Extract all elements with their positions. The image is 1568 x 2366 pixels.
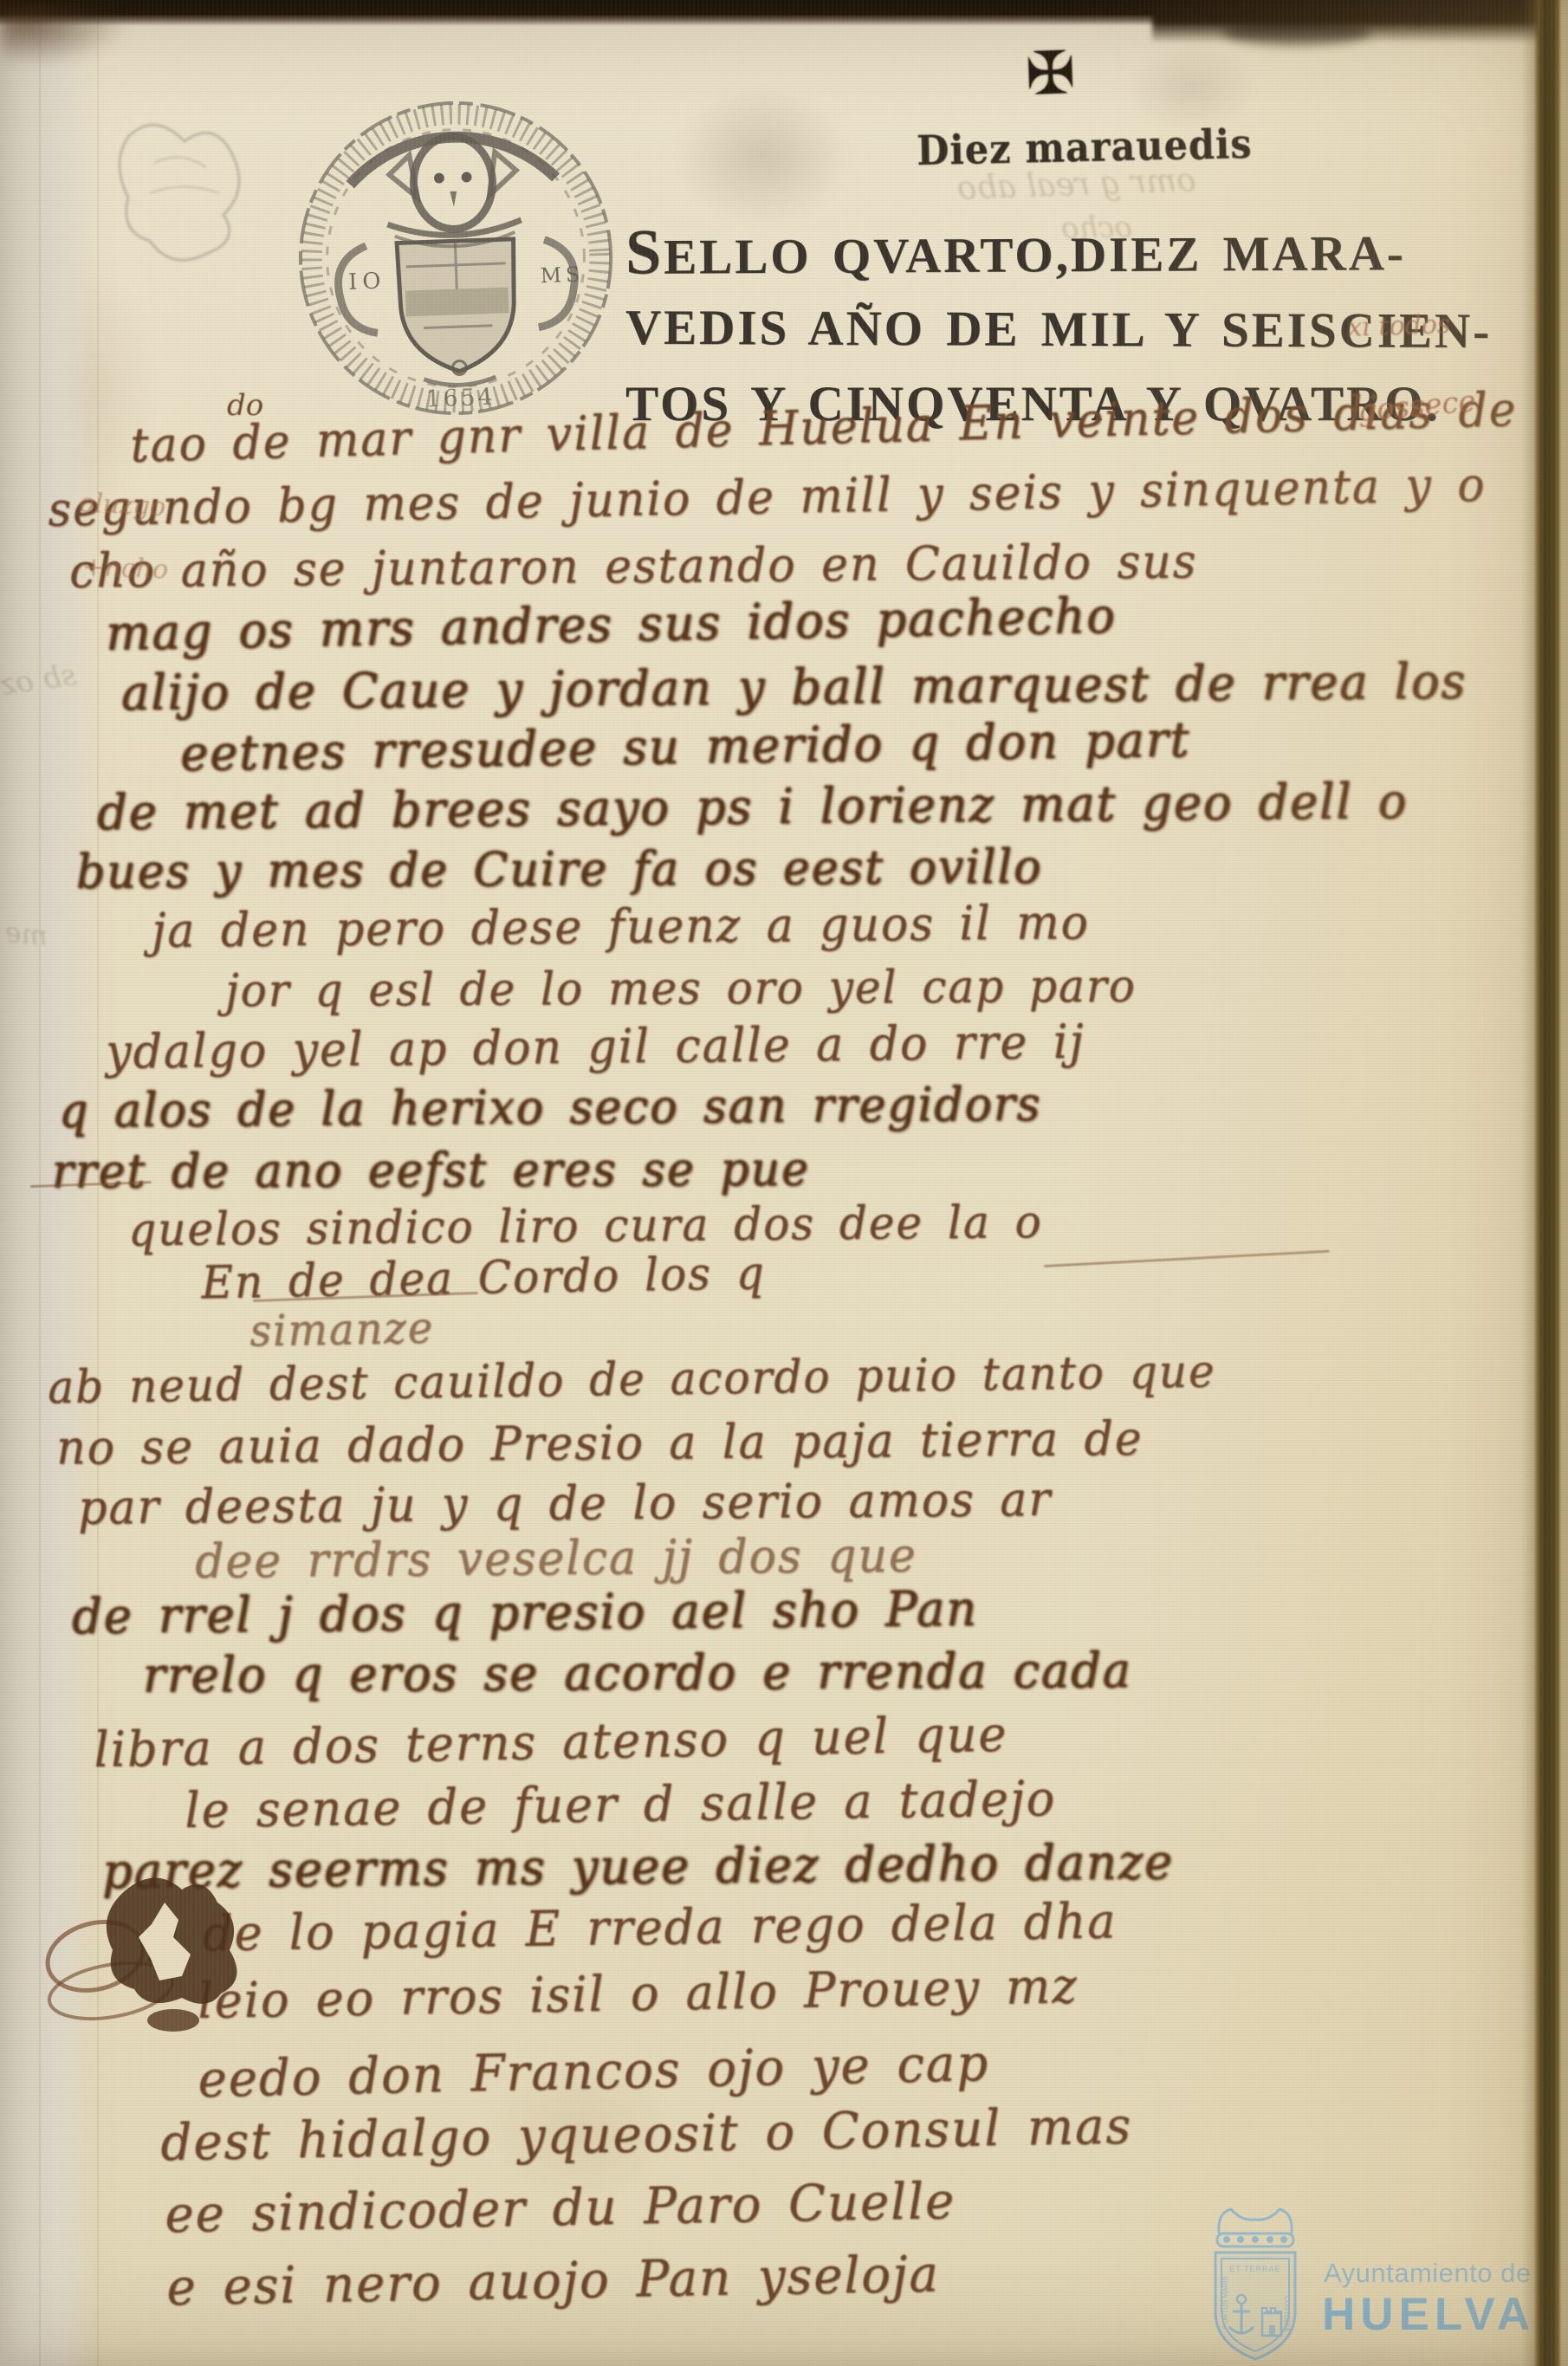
paper-stain bbox=[676, 87, 849, 225]
handwritten-line: bues y mes de Cuire fa os eest ovillo bbox=[76, 844, 1043, 896]
scan-edge-blotch bbox=[1223, 19, 1370, 45]
handwritten-line: no se auia dado Presio a la paja tierra … bbox=[56, 1416, 1144, 1472]
handwritten-line: q alos de la herixo seco san rregidors bbox=[59, 1081, 1042, 1135]
handwritten-line: mag os mrs andres sus idos pachecho bbox=[106, 592, 1117, 658]
handwritten-line: alijo de Caue y jordan y ball marquest d… bbox=[121, 657, 1467, 717]
margin-note: xi todos bbox=[1347, 312, 1451, 341]
watermark-text-line2: HUELVA bbox=[1322, 2288, 1535, 2341]
drop-initial: S bbox=[625, 217, 664, 288]
handwritten-line: eetnes rresudee su merido q don part bbox=[180, 716, 1191, 778]
handwritten-line: ydalgo yel ap don gil calle a do rre ij bbox=[106, 1019, 1085, 1076]
handwritten-line: En de dea Cordo los q bbox=[201, 1251, 766, 1306]
handwritten-line: rrelo q eros se acordo e rrenda cada bbox=[143, 1646, 1132, 1700]
watermark-motto-right: CUSTODIA bbox=[1283, 2296, 1291, 2332]
page-edge-right bbox=[1521, 0, 1568, 2366]
handwritten-line: dest hidalgo yqueosit o Consul mas bbox=[160, 2101, 1133, 2168]
handwritten-line: quelos sindico liro cura dos dee la o bbox=[128, 1200, 1043, 1253]
handwritten-line: de rrel j dos q presio ael sho Pan bbox=[72, 1585, 978, 1641]
pencil-doodle bbox=[102, 102, 267, 275]
huelva-coat-of-arms: ET TERRAE PORTUS MARIS CUSTODIA bbox=[1207, 2199, 1304, 2366]
binding-crease bbox=[39, 0, 41, 2366]
printed-header-line1: SELLO QVARTO,DIEZ MARA- bbox=[625, 211, 1552, 295]
handwritten-line: leio eo rros isil o allo Prouey mz bbox=[198, 1961, 1079, 2026]
watermark-motto-top: ET TERRAE bbox=[1229, 2265, 1280, 2273]
manuscript-scan: omr g real abo ocho sb oz me IO MS bbox=[0, 0, 1568, 2366]
seal-right-monogram: MS bbox=[540, 263, 584, 288]
margin-note: +ncho bbox=[82, 554, 169, 583]
handwritten-line: eedo don Francos ojo ye cap bbox=[198, 2039, 990, 2105]
handwritten-line: dee rrdrs veselca jj dos que bbox=[195, 1533, 917, 1585]
stamp-caption: Diez marauedis bbox=[916, 121, 1253, 175]
handwritten-line: segundo bg mes de junio de mill y seis y… bbox=[48, 462, 1487, 534]
watermark-motto-left: PORTUS MARIS bbox=[1221, 2276, 1229, 2329]
seal-year: 1654 bbox=[425, 384, 496, 413]
tax-seal-stamp: IO MS 1654 bbox=[286, 89, 626, 426]
printed-header-line1-rest: ELLO QVARTO,DIEZ MARA- bbox=[664, 226, 1406, 284]
handwritten-line: cho año se juntaron estando en Cauildo s… bbox=[69, 539, 1198, 595]
handwritten-line: simanze bbox=[249, 1306, 435, 1353]
handwritten-line: ab neud dest cauildo de acordo puio tant… bbox=[48, 1349, 1216, 1410]
scan-corner-smudge bbox=[0, 5, 130, 66]
watermark-text-line1: Ayuntamiento de bbox=[1324, 2258, 1532, 2289]
paper-stain bbox=[1126, 45, 1256, 132]
pen-flourish bbox=[1044, 1250, 1330, 1267]
handwritten-line: e esi nero auojo Pan yseloja bbox=[166, 2249, 940, 2313]
invocation-cross-icon: ✠ bbox=[1025, 39, 1077, 109]
handwritten-line: le senae de fuer d salle a tadejo bbox=[185, 1774, 1057, 1835]
handwritten-line: ja den pero dese fuenz a guos il mo bbox=[152, 900, 1090, 956]
bleedthrough-text: me bbox=[3, 918, 49, 950]
handwritten-line: libra a dos terns atenso q uel que bbox=[94, 1710, 1008, 1775]
ink-blot bbox=[42, 1851, 306, 2037]
handwritten-line: jor q esl de lo mes oro yel cap paro bbox=[225, 963, 1137, 1014]
handwritten-line: rret de ano eefst eres se pue bbox=[52, 1146, 810, 1196]
handwritten-line: ee sindicoder du Paro Cuelle bbox=[165, 2176, 956, 2240]
seal-left-monogram: IO bbox=[348, 269, 386, 295]
margin-note: oluzgo bbox=[78, 490, 165, 521]
handwritten-line: de met ad brees sayo ps i lorienz mat ge… bbox=[97, 777, 1409, 837]
handwritten-line: par deesta ju y q de lo serio amos ar bbox=[78, 1476, 1052, 1532]
